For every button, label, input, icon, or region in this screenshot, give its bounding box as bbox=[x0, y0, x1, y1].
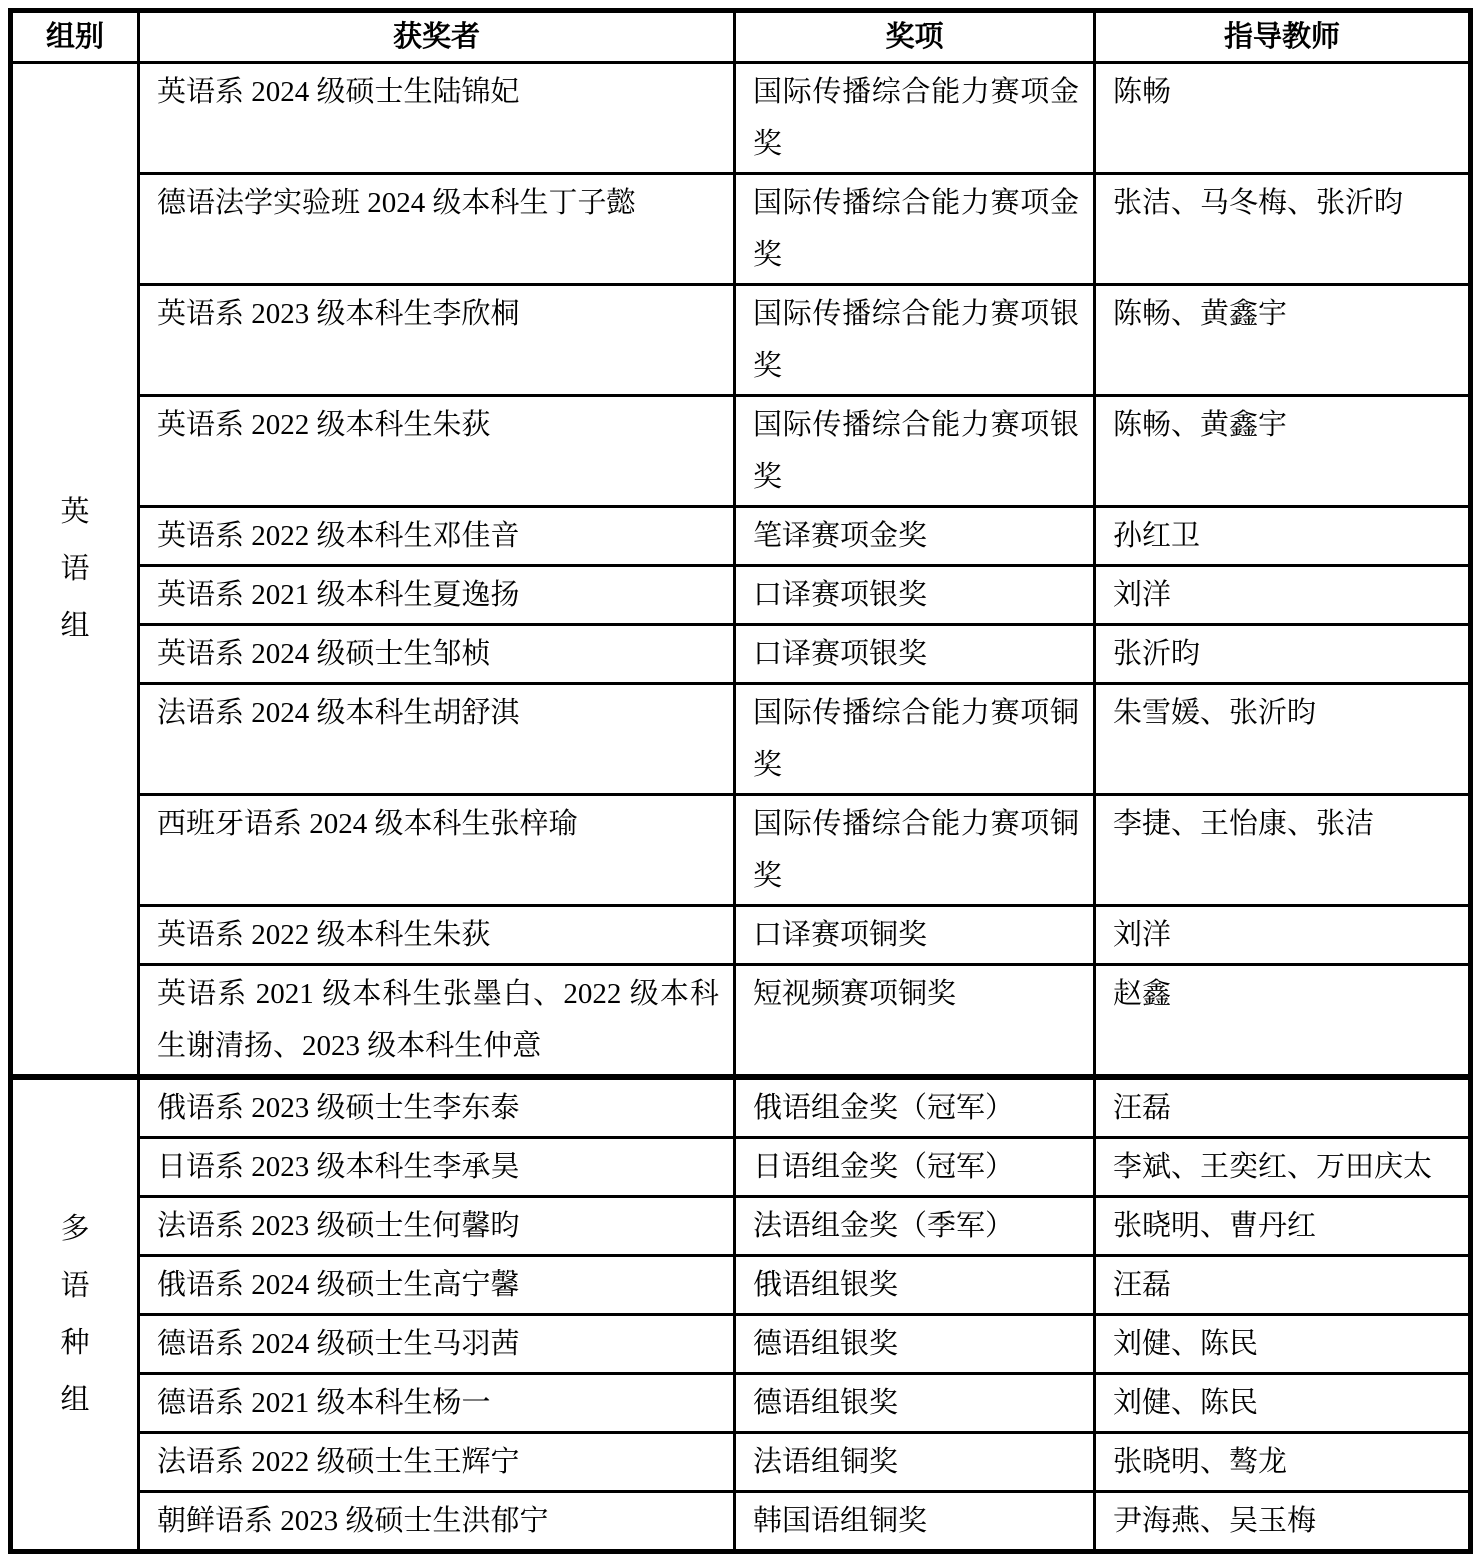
winner-cell: 朝鲜语系 2023 级硕士生洪郁宁 bbox=[139, 1492, 735, 1552]
winner-cell: 法语系 2023 级硕士生何馨昀 bbox=[139, 1197, 735, 1256]
teachers-cell: 赵鑫 bbox=[1095, 965, 1471, 1078]
teachers-cell: 张洁、马冬梅、张沂昀 bbox=[1095, 174, 1471, 285]
award-cell: 国际传播综合能力赛项银奖 bbox=[735, 396, 1095, 507]
table-row: 俄语系 2024 级硕士生高宁馨 俄语组银奖 汪磊 bbox=[11, 1256, 1471, 1315]
award-cell: 国际传播综合能力赛项金奖 bbox=[735, 174, 1095, 285]
winner-cell: 德语系 2024 级硕士生马羽茜 bbox=[139, 1315, 735, 1374]
table-row: 日语系 2023 级本科生李承昊 日语组金奖（冠军） 李斌、王奕红、万田庆太 bbox=[11, 1138, 1471, 1197]
teachers-cell: 尹海燕、吴玉梅 bbox=[1095, 1492, 1471, 1552]
award-cell: 国际传播综合能力赛项银奖 bbox=[735, 285, 1095, 396]
column-header-group: 组别 bbox=[11, 11, 139, 63]
winner-cell: 英语系 2024 级硕士生邹桢 bbox=[139, 625, 735, 684]
teachers-cell: 张沂昀 bbox=[1095, 625, 1471, 684]
group-cell-multilingual: 多语种组 bbox=[11, 1077, 139, 1552]
winner-cell: 英语系 2021 级本科生夏逸扬 bbox=[139, 566, 735, 625]
award-cell: 口译赛项银奖 bbox=[735, 625, 1095, 684]
teachers-cell: 刘洋 bbox=[1095, 566, 1471, 625]
teachers-cell: 陈畅、黄鑫宇 bbox=[1095, 285, 1471, 396]
teachers-cell: 张晓明、骜龙 bbox=[1095, 1433, 1471, 1492]
award-cell: 德语组银奖 bbox=[735, 1315, 1095, 1374]
winner-cell: 德语法学实验班 2024 级本科生丁子懿 bbox=[139, 174, 735, 285]
award-cell: 法语组铜奖 bbox=[735, 1433, 1095, 1492]
teachers-cell: 刘健、陈民 bbox=[1095, 1315, 1471, 1374]
winner-cell: 西班牙语系 2024 级本科生张梓瑜 bbox=[139, 795, 735, 906]
winner-cell: 法语系 2022 级硕士生王辉宁 bbox=[139, 1433, 735, 1492]
teachers-cell: 陈畅 bbox=[1095, 63, 1471, 174]
winner-cell: 俄语系 2023 级硕士生李东泰 bbox=[139, 1077, 735, 1138]
award-cell: 俄语组金奖（冠军） bbox=[735, 1077, 1095, 1138]
winner-cell: 英语系 2023 级本科生李欣桐 bbox=[139, 285, 735, 396]
header-row: 组别 获奖者 奖项 指导教师 bbox=[11, 11, 1471, 63]
table-row: 法语系 2024 级本科生胡舒淇 国际传播综合能力赛项铜奖 朱雪媛、张沂昀 bbox=[11, 684, 1471, 795]
table-row: 德语法学实验班 2024 级本科生丁子懿 国际传播综合能力赛项金奖 张洁、马冬梅… bbox=[11, 174, 1471, 285]
winner-cell: 英语系 2021 级本科生张墨白、2022 级本科生谢清扬、2023 级本科生仲… bbox=[139, 965, 735, 1078]
column-header-award: 奖项 bbox=[735, 11, 1095, 63]
teachers-cell: 汪磊 bbox=[1095, 1256, 1471, 1315]
award-cell: 口译赛项银奖 bbox=[735, 566, 1095, 625]
award-cell: 国际传播综合能力赛项铜奖 bbox=[735, 795, 1095, 906]
winner-cell: 日语系 2023 级本科生李承昊 bbox=[139, 1138, 735, 1197]
table-row: 英语系 2021 级本科生夏逸扬 口译赛项银奖 刘洋 bbox=[11, 566, 1471, 625]
teachers-cell: 孙红卫 bbox=[1095, 507, 1471, 566]
award-cell: 俄语组银奖 bbox=[735, 1256, 1095, 1315]
award-cell: 国际传播综合能力赛项铜奖 bbox=[735, 684, 1095, 795]
group-label-english: 英语组 bbox=[58, 484, 92, 655]
table-row: 法语系 2022 级硕士生王辉宁 法语组铜奖 张晓明、骜龙 bbox=[11, 1433, 1471, 1492]
winner-cell: 俄语系 2024 级硕士生高宁馨 bbox=[139, 1256, 735, 1315]
winner-cell: 英语系 2022 级本科生朱荻 bbox=[139, 906, 735, 965]
winner-cell: 法语系 2024 级本科生胡舒淇 bbox=[139, 684, 735, 795]
table-row: 朝鲜语系 2023 级硕士生洪郁宁 韩国语组铜奖 尹海燕、吴玉梅 bbox=[11, 1492, 1471, 1552]
award-cell: 口译赛项铜奖 bbox=[735, 906, 1095, 965]
table-row: 英语组 英语系 2024 级硕士生陆锦妃 国际传播综合能力赛项金奖 陈畅 bbox=[11, 63, 1471, 174]
award-cell: 日语组金奖（冠军） bbox=[735, 1138, 1095, 1197]
teachers-cell: 李捷、王怡康、张洁 bbox=[1095, 795, 1471, 906]
winner-cell: 英语系 2022 级本科生朱荻 bbox=[139, 396, 735, 507]
teachers-cell: 陈畅、黄鑫宇 bbox=[1095, 396, 1471, 507]
award-cell: 短视频赛项铜奖 bbox=[735, 965, 1095, 1078]
table-row: 英语系 2022 级本科生朱荻 口译赛项铜奖 刘洋 bbox=[11, 906, 1471, 965]
column-header-winner: 获奖者 bbox=[139, 11, 735, 63]
winner-cell: 英语系 2024 级硕士生陆锦妃 bbox=[139, 63, 735, 174]
table-row: 多语种组 俄语系 2023 级硕士生李东泰 俄语组金奖（冠军） 汪磊 bbox=[11, 1077, 1471, 1138]
award-cell: 国际传播综合能力赛项金奖 bbox=[735, 63, 1095, 174]
teachers-cell: 汪磊 bbox=[1095, 1077, 1471, 1138]
table-row: 德语系 2021 级本科生杨一 德语组银奖 刘健、陈民 bbox=[11, 1374, 1471, 1433]
award-cell: 法语组金奖（季军） bbox=[735, 1197, 1095, 1256]
table-row: 法语系 2023 级硕士生何馨昀 法语组金奖（季军） 张晓明、曹丹红 bbox=[11, 1197, 1471, 1256]
table-row: 英语系 2024 级硕士生邹桢 口译赛项银奖 张沂昀 bbox=[11, 625, 1471, 684]
table-row: 德语系 2024 级硕士生马羽茜 德语组银奖 刘健、陈民 bbox=[11, 1315, 1471, 1374]
teachers-cell: 李斌、王奕红、万田庆太 bbox=[1095, 1138, 1471, 1197]
group-cell-english: 英语组 bbox=[11, 63, 139, 1078]
teachers-cell: 刘健、陈民 bbox=[1095, 1374, 1471, 1433]
table-row: 英语系 2022 级本科生邓佳音 笔译赛项金奖 孙红卫 bbox=[11, 507, 1471, 566]
table-row: 英语系 2023 级本科生李欣桐 国际传播综合能力赛项银奖 陈畅、黄鑫宇 bbox=[11, 285, 1471, 396]
group-label-multilingual: 多语种组 bbox=[58, 1201, 92, 1429]
teachers-cell: 刘洋 bbox=[1095, 906, 1471, 965]
winner-cell: 德语系 2021 级本科生杨一 bbox=[139, 1374, 735, 1433]
award-cell: 韩国语组铜奖 bbox=[735, 1492, 1095, 1552]
teachers-cell: 朱雪媛、张沂昀 bbox=[1095, 684, 1471, 795]
column-header-teacher: 指导教师 bbox=[1095, 11, 1471, 63]
winner-cell: 英语系 2022 级本科生邓佳音 bbox=[139, 507, 735, 566]
table-row: 西班牙语系 2024 级本科生张梓瑜 国际传播综合能力赛项铜奖 李捷、王怡康、张… bbox=[11, 795, 1471, 906]
award-cell: 笔译赛项金奖 bbox=[735, 507, 1095, 566]
document-page: 组别 获奖者 奖项 指导教师 英语组 英语系 2024 级硕士生陆锦妃 国际传播… bbox=[0, 0, 1476, 1554]
award-cell: 德语组银奖 bbox=[735, 1374, 1095, 1433]
table-row: 英语系 2021 级本科生张墨白、2022 级本科生谢清扬、2023 级本科生仲… bbox=[11, 965, 1471, 1078]
table-row: 英语系 2022 级本科生朱荻 国际传播综合能力赛项银奖 陈畅、黄鑫宇 bbox=[11, 396, 1471, 507]
awards-table: 组别 获奖者 奖项 指导教师 英语组 英语系 2024 级硕士生陆锦妃 国际传播… bbox=[8, 8, 1473, 1554]
teachers-cell: 张晓明、曹丹红 bbox=[1095, 1197, 1471, 1256]
